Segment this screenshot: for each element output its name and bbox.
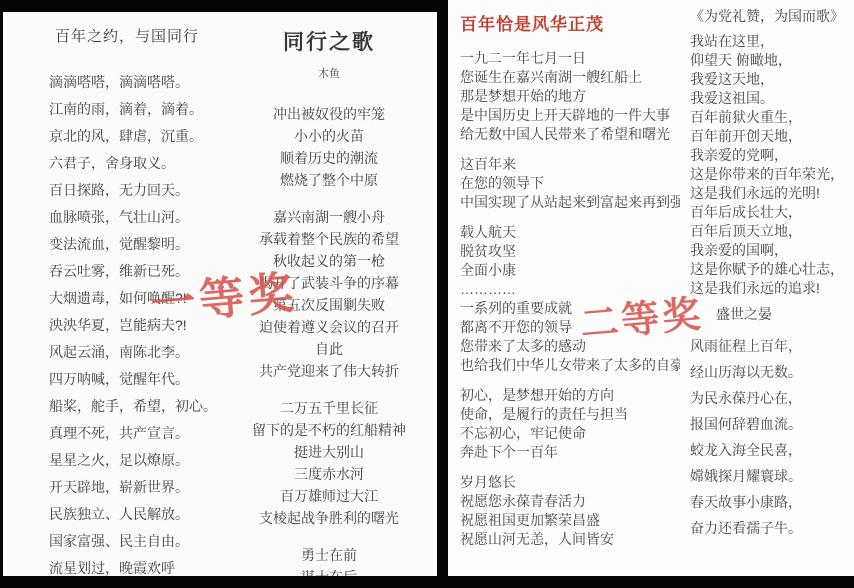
poem1-line: 民族独立、人民解放。 bbox=[49, 501, 221, 528]
poem4-line: 这是你带来的百年荣光， bbox=[690, 165, 854, 184]
poem1-line: 国家富强、民主自由。 bbox=[49, 528, 221, 555]
poem2-line: 第五次反围剿失败 bbox=[221, 294, 437, 316]
poem4-column: 《为党礼赞，为国而歌》 我站在这里，仰望天 俯瞰地，我爱这天地，我爱这祖国。百年… bbox=[680, 0, 854, 576]
poem2-author: 木鱼 bbox=[221, 65, 437, 81]
poem3-line: 奔赴下个一百年 bbox=[460, 443, 680, 462]
poem1-line: 百日探路，无力回天。 bbox=[49, 177, 221, 204]
poem4-line: 这是我们永远的光明! bbox=[690, 184, 854, 203]
poem3-lines: 一九二一年七月一日您诞生在嘉兴南湖一艘红船上那是梦想开始的地方是中国历史上开天辟… bbox=[460, 49, 680, 549]
poem1-line: 四万呐喊，觉醒年代。 bbox=[49, 366, 221, 393]
poem1-column: 百年之约，与国同行 滴滴嗒嗒，滴滴嗒嗒。江南的雨，滴着，滴着。京北的风，肆虐，沉… bbox=[3, 12, 221, 576]
right-poem-page: 百年恰是风华正茂 一九二一年七月一日您诞生在嘉兴南湖一艘红船上那是梦想开始的地方… bbox=[448, 0, 854, 576]
sub-poem-line: 经山历海以无数。 bbox=[690, 359, 854, 385]
poem2-line: 三度赤水河 bbox=[221, 463, 437, 485]
stanza-gap bbox=[221, 529, 437, 544]
sub-poem-line: 风雨征程上百年， bbox=[690, 333, 854, 359]
poem4-lines: 我站在这里，仰望天 俯瞰地，我爱这天地，我爱这祖国。百年前狱火重生，百年前开创天… bbox=[690, 32, 854, 298]
poem2-line: 揭开了武装斗争的序幕 bbox=[221, 272, 437, 294]
poem2-line: 冲出被奴役的牢笼 bbox=[221, 103, 437, 125]
poem1-line: 滴滴嗒嗒，滴滴嗒嗒。 bbox=[49, 69, 221, 96]
poem1-line: 变法流血，觉醒黎明。 bbox=[49, 231, 221, 258]
poem3-line: 给无数中国人民带来了希望和曙光 bbox=[460, 125, 680, 144]
poem2-line: 挺进大别山 bbox=[221, 441, 437, 463]
poem4-line: 百年后成长壮大， bbox=[690, 203, 854, 222]
poem2-line: 小小的火苗 bbox=[221, 125, 437, 147]
poem2-line: 勇士在前 bbox=[221, 544, 437, 566]
poem1-line: 星星之火，足以燎原。 bbox=[49, 447, 221, 474]
poem3-line: 一系列的重要成就 bbox=[460, 299, 680, 318]
poem3-line: 那是梦想开始的地方 bbox=[460, 87, 680, 106]
poem4-line: 百年前开创天地， bbox=[690, 127, 854, 146]
poem1-line: 江南的雨，滴着，滴着。 bbox=[49, 96, 221, 123]
poem2-line: 燃烧了整个中原 bbox=[221, 169, 437, 191]
poem3-line: 中国实现了从站起来到富起来再到强 bbox=[460, 193, 680, 212]
poem2-line: 共产党迎来了伟大转折 bbox=[221, 360, 437, 382]
poem3-line: 初心，是梦想开始的方向 bbox=[460, 386, 680, 405]
sub-poem-title: 盛世之晏 bbox=[716, 304, 854, 324]
left-poem-page: 百年之约，与国同行 滴滴嗒嗒，滴滴嗒嗒。江南的雨，滴着，滴着。京北的风，肆虐，沉… bbox=[3, 12, 437, 576]
sub-poem-lines: 风雨征程上百年，经山历海以无数。为民永葆丹心在，报国何辞碧血流。蛟龙入海全民喜，… bbox=[690, 333, 854, 541]
poem1-line: 吞云吐雾，维新已死。 bbox=[49, 258, 221, 285]
poem1-line: 血脉喷张，气壮山河。 bbox=[49, 204, 221, 231]
poem2-line: 顺着历史的潮流 bbox=[221, 147, 437, 169]
poem3-line: 全面小康 bbox=[460, 261, 680, 280]
poem1-line: 开天辟地，崭新世界。 bbox=[49, 474, 221, 501]
poem1-line: 风起云涌，南陈北李。 bbox=[49, 339, 221, 366]
poem3-line: 祝愿祖国更加繁荣昌盛 bbox=[460, 511, 680, 530]
poem4-line: 仰望天 俯瞰地， bbox=[690, 51, 854, 70]
poem3-line: 祝愿山河无恙，人间皆安 bbox=[460, 530, 680, 549]
poem2-line: 自此 bbox=[221, 338, 437, 360]
stanza-gap bbox=[221, 191, 437, 206]
poem2-line: 百万雄师过大江 bbox=[221, 485, 437, 507]
photo-background: 百年之约，与国同行 滴滴嗒嗒，滴滴嗒嗒。江南的雨，滴着，滴着。京北的风，肆虐，沉… bbox=[0, 0, 854, 588]
poem1-line: 流星划过，晚霞欢呼 bbox=[49, 555, 221, 576]
poem3-line: 这百年来 bbox=[460, 155, 680, 174]
poem4-line: 百年后顶天立地， bbox=[690, 222, 854, 241]
poem2-line: 迫使着遵义会议的召开 bbox=[221, 316, 437, 338]
poem4-line: 我亲爱的国啊， bbox=[690, 241, 854, 260]
poem2-line: 二万五千里长征 bbox=[221, 397, 437, 419]
poem4-line: 这是你赋予的雄心壮志， bbox=[690, 260, 854, 279]
poem4-line: 我站在这里， bbox=[690, 32, 854, 51]
stanza-gap bbox=[460, 144, 680, 155]
poem1-line: 京北的风，肆虐，沉重。 bbox=[49, 123, 221, 150]
poem3-line: 祝愿您永葆青春活力 bbox=[460, 492, 680, 511]
poem3-column: 百年恰是风华正茂 一九二一年七月一日您诞生在嘉兴南湖一艘红船上那是梦想开始的地方… bbox=[448, 0, 680, 576]
poem1-line: 大烟遗毒，如何唤醒?! bbox=[49, 285, 221, 312]
poem3-line: 使命，是履行的责任与担当 bbox=[460, 405, 680, 424]
poem2-line: 承载着整个民族的希望 bbox=[221, 228, 437, 250]
poem1-title: 百年之约，与国同行 bbox=[55, 25, 221, 46]
poem3-line: 载人航天 bbox=[460, 223, 680, 242]
poem3-line: 都离不开您的领导 bbox=[460, 318, 680, 337]
stanza-gap bbox=[460, 462, 680, 473]
poem2-lines: 冲出被奴役的牢笼小小的火苗顺着历史的潮流燃烧了整个中原嘉兴南湖一艘小舟承载着整个… bbox=[221, 103, 437, 576]
poem4-title: 《为党礼赞，为国而歌》 bbox=[690, 6, 854, 26]
sub-poem-line: 春天故事小康路， bbox=[690, 489, 854, 515]
stanza-gap bbox=[460, 375, 680, 386]
poem3-line: 您诞生在嘉兴南湖一艘红船上 bbox=[460, 68, 680, 87]
poem3-line: 一九二一年七月一日 bbox=[460, 49, 680, 68]
poem2-line: 嘉兴南湖一艘小舟 bbox=[221, 206, 437, 228]
sub-poem-line: 蛟龙入海全民喜， bbox=[690, 437, 854, 463]
poem2-line: 秋收起义的第一枪 bbox=[221, 250, 437, 272]
sub-poem-line: 报国何辞碧血流。 bbox=[690, 411, 854, 437]
poem2-column: 同行之歌 木鱼 冲出被奴役的牢笼小小的火苗顺着历史的潮流燃烧了整个中原嘉兴南湖一… bbox=[221, 12, 437, 576]
sub-poem-line: 嫦娥探月耀寰球。 bbox=[690, 463, 854, 489]
poem3-title: 百年恰是风华正茂 bbox=[460, 10, 680, 35]
poem3-line: 是中国历史上开天辟地的一件大事 bbox=[460, 106, 680, 125]
poem1-line: 泱泱华夏，岂能病夫?! bbox=[49, 312, 221, 339]
sub-poem-line: 为民永葆丹心在， bbox=[690, 385, 854, 411]
poem4-line: 这是我们永远的追求! bbox=[690, 279, 854, 298]
poem1-lines: 滴滴嗒嗒，滴滴嗒嗒。江南的雨，滴着，滴着。京北的风，肆虐，沉重。六君子，舍身取义… bbox=[49, 69, 221, 576]
poem3-line: 也给我们中华儿女带来了太多的自豪 bbox=[460, 356, 680, 375]
poem4-line: 我爱这祖国。 bbox=[690, 89, 854, 108]
sub-poem-line: 奋力还看孺子牛。 bbox=[690, 515, 854, 541]
poem1-line: 六君子，舍身取义。 bbox=[49, 150, 221, 177]
poem3-line: ………… bbox=[460, 280, 680, 299]
stanza-gap bbox=[221, 382, 437, 397]
poem3-line: 不忘初心，牢记使命 bbox=[460, 424, 680, 443]
poem1-line: 船桨，舵手，希望，初心。 bbox=[49, 393, 221, 420]
poem3-line: 您带来了太多的感动 bbox=[460, 337, 680, 356]
poem3-line: 岁月悠长 bbox=[460, 473, 680, 492]
poem3-line: 在您的领导下 bbox=[460, 174, 680, 193]
stanza-gap bbox=[460, 212, 680, 223]
poem2-title: 同行之歌 bbox=[221, 26, 437, 56]
poem4-line: 百年前狱火重生， bbox=[690, 108, 854, 127]
poem2-line: 支棱起战争胜利的曙光 bbox=[221, 507, 437, 529]
poem2-line: 谋士在后 bbox=[221, 566, 437, 576]
poem1-line: 真理不死，共产宣言。 bbox=[49, 420, 221, 447]
poem3-line: 脱贫攻坚 bbox=[460, 242, 680, 261]
poem4-line: 我亲爱的党啊， bbox=[690, 146, 854, 165]
poem4-line: 我爱这天地， bbox=[690, 70, 854, 89]
poem2-line: 留下的是不朽的红船精神 bbox=[221, 419, 437, 441]
